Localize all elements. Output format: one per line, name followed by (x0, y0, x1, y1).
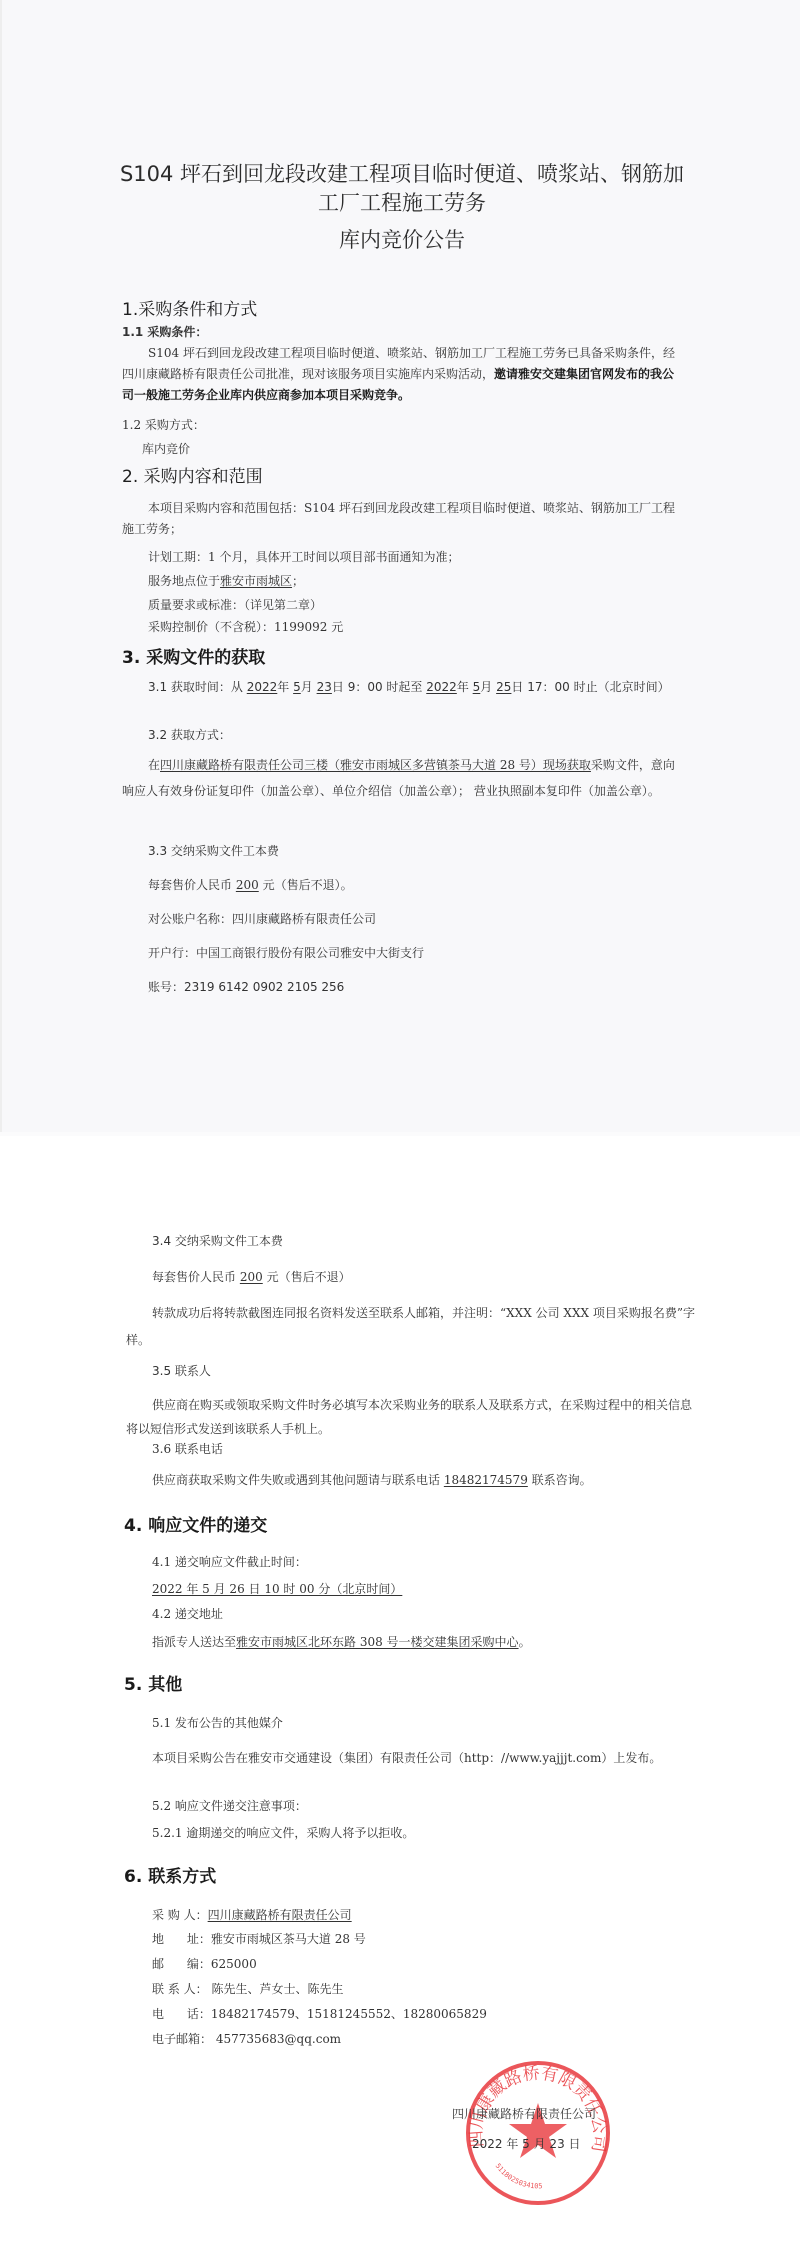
section-2-location: 服务地点位于雅安市雨城区； (148, 572, 304, 589)
section-3-6-text: 供应商获取采购文件失败或遇到其他问题请与联系电话 18482174579 联系咨… (152, 1471, 592, 1488)
section-2-heading: 2. 采购内容和范围 (122, 462, 263, 487)
section-1-2-value: 库内竞价 (142, 440, 190, 457)
section-1-2-label: 1.2 采购方式： (122, 416, 205, 433)
section-5-2-1: 5.2.1 逾期递交的响应文件，采购人将予以拒收。 (152, 1824, 414, 1841)
address-row: 地 址：雅安市雨城区茶马大道 28 号 (152, 1930, 366, 1947)
section-5-1-text: 本项目采购公告在雅安市交通建设（集团）有限责任公司（http：//www.yaj… (126, 1746, 706, 1771)
section-1-heading: 1.采购条件和方式 (122, 295, 257, 320)
location-value: 雅安市雨城区 (220, 574, 292, 588)
official-seal-icon: 四川康藏路桥有限责任公司 5118025034105 (463, 2058, 613, 2208)
email-row: 电子邮箱： 457735683@qq.com (152, 2030, 341, 2047)
section-3-2-text: 在四川康藏路桥有限责任公司三楼（雅安市雨城区多营镇茶马大道 28 号）现场获取采… (122, 752, 682, 804)
scanned-page-1: S104 坪石到回龙段改建工程项目临时便道、喷浆站、钢筋加 工厂工程施工劳务 库… (0, 0, 800, 1132)
section-6-heading: 6. 联系方式 (124, 1862, 216, 1887)
phone-row: 电 话：18482174579、15181245552、18280065829 (152, 2005, 487, 2022)
section-3-5-text: 供应商在购买或领取采购文件时务必填写本次采购业务的联系人及联系方式，在采购过程中… (126, 1393, 696, 1441)
delivery-address: 雅安市雨城区北环东路 308 号一楼交建集团采购中心 (236, 1635, 519, 1649)
section-3-3-label: 3.3 交纳采购文件工本费 (148, 842, 279, 859)
section-4-1-deadline: 2022 年 5 月 26 日 10 时 00 分（北京时间） (152, 1580, 402, 1597)
section-4-2-label: 4.2 递交地址 (152, 1605, 223, 1622)
section-5-1-label: 5.1 发布公告的其他媒介 (152, 1714, 283, 1731)
section-1-1-text: S104 坪石到回龙段改建工程项目临时便道、喷浆站、钢筋加工厂工程施工劳务已具备… (122, 343, 682, 406)
purchaser-value: 四川康藏路桥有限责任公司 (208, 1908, 382, 1922)
postcode-row: 邮 编：625000 (152, 1955, 257, 1972)
section-2-quality: 质量要求或标准：（详见第二章） (148, 596, 322, 613)
contact-row: 联 系 人： 陈先生、芦女士、陈先生 (152, 1980, 343, 1997)
section-5-2-label: 5.2 响应文件递交注意事项： (152, 1797, 307, 1814)
section-4-heading: 4. 响应文件的递交 (124, 1511, 267, 1536)
signature-date: 2022 年 5 月 23 日 (472, 2135, 581, 2152)
section-2-price: 采购控制价（不含税）：1199092 元 (148, 618, 343, 635)
section-3-4-note: 转款成功后将转款截图连同报名资料发送至联系人邮箱，并注明：“XXX 公司 XXX… (126, 1300, 696, 1354)
pickup-location: 四川康藏路桥有限责任公司三楼（雅安市雨城区多营镇茶马大道 28 号）现场获取 (160, 758, 591, 772)
svg-text:5118025034105: 5118025034105 (494, 2162, 543, 2190)
section-3-2-label: 3.2 获取方式： (148, 726, 231, 743)
section-3-heading: 3. 采购文件的获取 (122, 643, 265, 668)
contact-phone: 18482174579 (444, 1473, 528, 1487)
section-4-1-label: 4.1 递交响应文件截止时间： (152, 1553, 307, 1570)
account-name: 对公账户名称：四川康藏路桥有限责任公司 (148, 910, 376, 927)
bank-name: 开户行：中国工商银行股份有限公司雅安中大街支行 (148, 944, 424, 961)
section-5-heading: 5. 其他 (124, 1670, 182, 1695)
section-2-period: 计划工期：1 个月，具体开工时间以项目部书面通知为准； (148, 548, 459, 565)
doc-title-line2: 工厂工程施工劳务 (2, 187, 800, 217)
section-3-5-label: 3.5 联系人 (152, 1362, 211, 1379)
account-number: 账号：2319 6142 0902 2105 256 (148, 978, 344, 995)
section-3-4-price: 每套售价人民币 200 元（售后不退） (152, 1268, 351, 1285)
doc-subtitle: 库内竞价公告 (2, 224, 800, 254)
section-2-scope: 本项目采购内容和范围包括：S104 坪石到回龙段改建工程项目临时便道、喷浆站、钢… (122, 498, 682, 540)
section-1-1-label: 1.1 采购条件： (122, 323, 207, 340)
doc-title-line1: S104 坪石到回龙段改建工程项目临时便道、喷浆站、钢筋加 (2, 158, 800, 188)
section-3-4-label: 3.4 交纳采购文件工本费 (152, 1232, 283, 1249)
section-3-3-price: 每套售价人民币 200 元（售后不退）。 (148, 876, 353, 893)
section-3-6-label: 3.6 联系电话 (152, 1440, 223, 1457)
signature-company: 四川康藏路桥有限责任公司 (452, 2105, 596, 2122)
section-4-2-text: 指派专人送达至雅安市雨城区北环东路 308 号一楼交建集团采购中心。 (152, 1633, 531, 1650)
section-3-1-time: 3.1 获取时间：从 2022年 5月 23日 9：00 时起至 2022年 5… (122, 677, 682, 698)
purchaser-row: 采 购 人：四川康藏路桥有限责任公司 (152, 1906, 382, 1923)
